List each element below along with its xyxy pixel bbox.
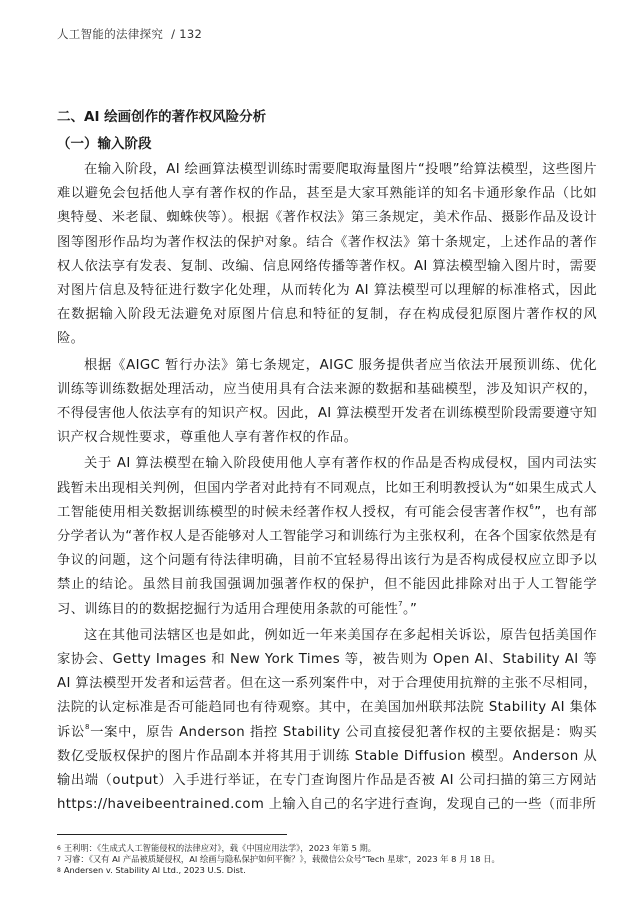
section-heading: 二、AI 绘画创作的著作权风险分析 [57,104,597,130]
footnote-7: 7习睿：《又有 AI 产品被质疑侵权，AI 绘画与隐私保护如何平衡？》，载微信公… [57,854,597,865]
footnote-divider [57,834,287,835]
paragraph-2: 根据《AIGC 暂行办法》第七条规定，AIGC 服务提供者应当依法开展预训练、优… [57,354,597,451]
book-title: 人工智能的法律探究 [57,27,163,41]
footnotes: 6王利明：《生成式人工智能侵权的法律应对》，载《中国应用法学》，2023 年第 … [57,843,597,876]
page-number: / 132 [171,27,202,41]
running-header: 人工智能的法律探究 / 132 [57,26,202,42]
subsection-heading: （一）输入阶段 [57,130,597,158]
paragraph-1: 在输入阶段，AI 绘画算法模型训练时需要爬取海量图片“投喂”给算法模型，这些图片… [57,158,597,352]
footnote-8: 8Andersen v. Stability AI Ltd., 2023 U.S… [57,865,597,876]
paragraph-4: 这在其他司法辖区也是如此，例如近一年来美国存在多起相关诉讼，原告包括美国作家协会… [57,624,597,818]
footnote-6: 6王利明：《生成式人工智能侵权的法律应对》，载《中国应用法学》，2023 年第 … [57,843,597,854]
paragraph-3: 关于 AI 算法模型在输入阶段使用他人享有著作权的作品是否构成侵权，国内司法实践… [57,452,597,621]
page-body: 二、AI 绘画创作的著作权风险分析 （一）输入阶段 在输入阶段，AI 绘画算法模… [57,104,597,819]
